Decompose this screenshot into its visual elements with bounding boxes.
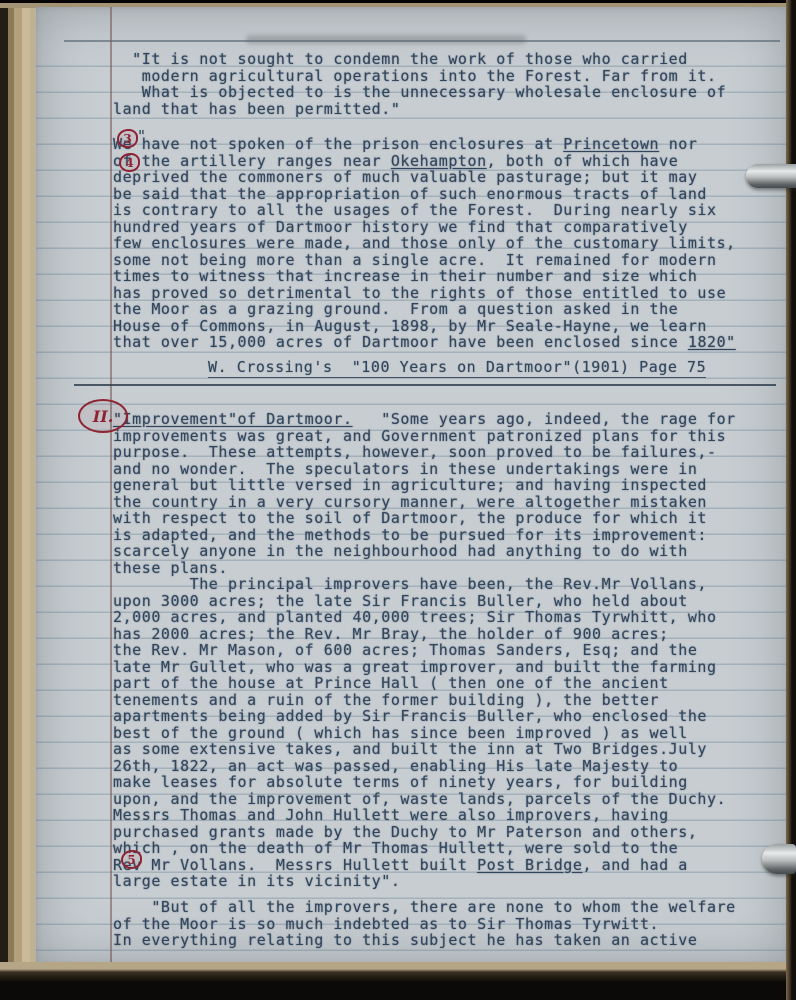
typed-line: is contrary to all the usages of the For… <box>113 202 736 219</box>
binder-ring-top <box>746 164 796 188</box>
typed-line: best of the ground ( which has since bee… <box>113 725 736 742</box>
typed-line: that over 15,000 acres of Dartmoor have … <box>113 334 736 351</box>
typed-paragraph: "Improvement"of Dartmoor. "Some years ag… <box>113 411 736 890</box>
typed-paragraph: We have not spoken of the prison enclosu… <box>113 136 736 351</box>
typed-line: has 2000 acres; the Rev. Mr Bray, the ho… <box>113 626 736 643</box>
typed-line: The principal improvers have been, the R… <box>113 576 736 593</box>
margin-annotation: II. <box>78 399 128 433</box>
typed-line: What is objected to is the unnecessary w… <box>113 84 726 101</box>
typed-line: hundred years of Dartmoor history we fin… <box>113 219 736 236</box>
typed-line: purpose. These attempts, however, soon p… <box>113 444 736 461</box>
typed-line: the country in a very cursory manner, we… <box>113 494 736 511</box>
typed-line: some not being more than a single acre. … <box>113 252 736 269</box>
typed-line: make leases for absolute terms of ninety… <box>113 774 736 791</box>
typed-line: Rev Mr Vollans. Messrs Hullett built Pos… <box>113 857 736 874</box>
section-divider <box>74 384 776 386</box>
margin-annotation: 3 <box>117 129 138 148</box>
typed-line: these plans. <box>113 560 736 577</box>
margin-annotation: 4 <box>119 153 140 172</box>
typed-line: purchased grants made by the Duchy to Mr… <box>113 824 736 841</box>
scanned-document: "It is not sought to condemn the work of… <box>0 0 796 1000</box>
typed-line: Messrs Thomas and John Hullett were also… <box>113 807 736 824</box>
citation-line: W. Crossing's "100 Years on Dartmoor"(19… <box>208 358 706 378</box>
faded-header-smudge <box>246 35 526 44</box>
typed-line: be said that the appropriation of such e… <box>113 186 736 203</box>
typed-line: In everything relating to this subject h… <box>113 932 736 949</box>
typed-line: upon 3000 acres; the late Sir Francis Bu… <box>113 593 736 610</box>
typed-line: "Improvement"of Dartmoor. "Some years ag… <box>113 411 736 428</box>
binder-ring-bottom <box>762 844 796 874</box>
typed-line: "But of all the improvers, there are non… <box>113 899 736 916</box>
typed-line: the Moor as a grazing ground. From a que… <box>113 301 736 318</box>
typed-line: large estate in its vicinity". <box>113 873 736 890</box>
typed-line: general but little versed in agriculture… <box>113 477 736 494</box>
typed-line: part of the house at Prince Hall ( then … <box>113 675 736 692</box>
page-edge-bottom <box>0 962 796 1000</box>
typed-line: improvements was great, and Government p… <box>113 428 736 445</box>
margin-annotation-suffix: " <box>137 127 146 145</box>
typed-line: and no wonder. The speculators in these … <box>113 461 736 478</box>
typed-line: the Rev. Mr Mason, of 600 acres; Thomas … <box>113 642 736 659</box>
typed-line: upon, and the improvement of, waste land… <box>113 791 736 808</box>
margin-rule-line <box>110 7 112 965</box>
typed-line: House of Commons, in August, 1898, by Mr… <box>113 318 736 335</box>
typed-line: with respect to the soil of Dartmoor, th… <box>113 510 736 527</box>
typed-line: scarcely anyone in the neighbourhood had… <box>113 543 736 560</box>
paper-sheet: "It is not sought to condemn the work of… <box>36 7 788 965</box>
typed-line: of the artillery ranges near Okehampton,… <box>113 153 736 170</box>
typed-line: late Mr Gullet, who was a great improver… <box>113 659 736 676</box>
typed-line: deprived the commoners of much valuable … <box>113 169 736 186</box>
typed-line: which , on the death of Mr Thomas Hullet… <box>113 840 736 857</box>
typed-line: is adapted, and the methods to be pursue… <box>113 527 736 544</box>
typed-line: modern agricultural operations into the … <box>113 68 726 85</box>
typed-line: 26th, 1822, an act was passed, enabling … <box>113 758 736 775</box>
typed-paragraph: "But of all the improvers, there are non… <box>113 899 736 949</box>
typed-line: few enclosures were made, and those only… <box>113 235 736 252</box>
typed-line: apartments being added by Sir Francis Bu… <box>113 708 736 725</box>
typed-line: has proved so detrimental to the rights … <box>113 285 736 302</box>
typed-line: 2,000 acres, and planted 40,000 trees; S… <box>113 609 736 626</box>
typed-line: as some extensive takes, and built the i… <box>113 741 736 758</box>
typed-line: land that has been permitted." <box>113 101 726 118</box>
typed-line: of the Moor is so much indebted as to Si… <box>113 916 736 933</box>
typed-line: times to witness that increase in their … <box>113 268 736 285</box>
page-stack-edge-left <box>0 0 38 1000</box>
typed-paragraph: "It is not sought to condemn the work of… <box>113 51 726 117</box>
typed-line: We have not spoken of the prison enclosu… <box>113 136 736 153</box>
typed-line: tenements and a ruin of the former build… <box>113 692 736 709</box>
typed-line: "It is not sought to condemn the work of… <box>113 51 726 68</box>
margin-annotation: 5 <box>121 850 142 869</box>
